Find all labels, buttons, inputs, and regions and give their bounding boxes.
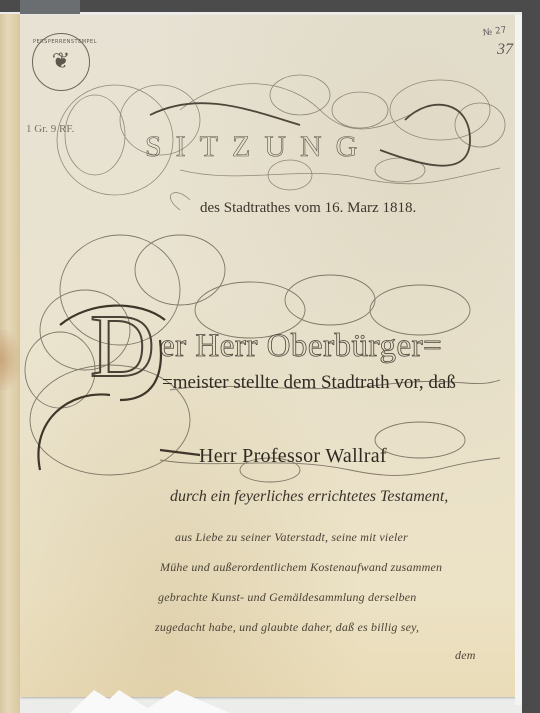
binding-edge — [20, 0, 80, 14]
decorated-initial: D — [90, 295, 155, 398]
page-edge — [515, 15, 522, 705]
document-heading: SITZUNG — [145, 130, 371, 164]
stamp-fee: 1 Gr. 9 RF. — [26, 123, 74, 135]
body-line-1: er Herr Oberbürger= — [160, 328, 442, 365]
cursive-line: zugedacht habe, und glaubte daher, daß e… — [155, 620, 419, 635]
folio-number: 37 — [497, 41, 513, 59]
cursive-line: gebrachte Kunst- und Gemäldesammlung der… — [158, 590, 417, 605]
stain-mark — [0, 330, 20, 390]
revenue-stamp: PERSPERRENSTEMPEL ❦ — [32, 33, 90, 91]
body-line-2: =meister stellte dem Stadtrath vor, daß — [162, 372, 456, 394]
stamp-text: PERSPERRENSTEMPEL — [33, 39, 89, 45]
document-subheading: des Stadtrathes vom 16. Marz 1818. — [200, 200, 416, 217]
eagle-icon: ❦ — [47, 48, 75, 76]
catchword: dem — [455, 648, 476, 663]
cursive-line: Mühe und außerordentlichem Kostenaufwand… — [160, 560, 442, 575]
cursive-line: aus Liebe zu seiner Vaterstadt, seine mi… — [175, 530, 408, 545]
body-line-3: Herr Professor Wallraf — [199, 445, 387, 468]
body-line-4: durch ein feyerliches errichtetes Testam… — [170, 488, 448, 506]
